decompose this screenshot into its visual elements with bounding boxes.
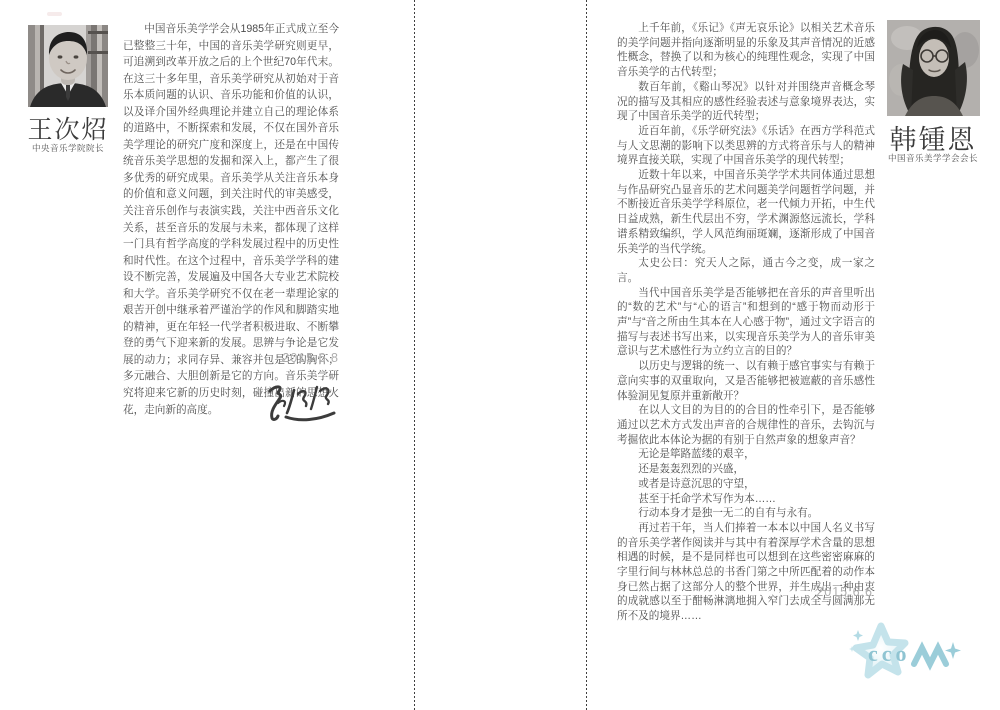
paragraph: 或者是诗意沉思的守望， — [617, 477, 875, 492]
watermark-letters: cco — [868, 641, 911, 666]
paragraph: 无论是筚路蓝缕的艰辛， — [617, 447, 875, 462]
paragraph: 行动本身才是独一无二的自有与永有。 — [617, 506, 875, 521]
paragraph: 再过若干年，当人们捧着一本本以中国人名义书写的音乐美学著作阅读并与其中有着深厚学… — [617, 521, 875, 624]
wang-cizhao-signature — [260, 378, 344, 428]
paragraph: 上千年前，《乐记》《声无哀乐论》以相关艺术音乐的美学问题并指向逐渐明显的乐象及其… — [617, 21, 875, 80]
crop-mark-line-left — [414, 0, 415, 710]
scan-artifact — [47, 12, 62, 16]
ccom-star-logo-icon: cco — [848, 620, 968, 688]
scanned-book-spread: { "document": { "left_page": { "author":… — [0, 0, 1000, 710]
paragraph: 近数十年以来，中国音乐美学学术共同体通过思想与作品研究凸显音乐的艺术问题美学问题… — [617, 168, 875, 256]
paragraph: 近百年前，《乐学研究法》《乐话》在西方学科范式与人文思潮的影响下以类思辨的方式将… — [617, 124, 875, 168]
paragraph: 当代中国音乐美学是否能够把在音乐的声音里听出的“数的艺术”与“心的语言”和想到的… — [617, 286, 875, 360]
crop-mark-line-right — [586, 0, 587, 710]
portrait-long-hair-glasses-icon — [887, 20, 980, 116]
paragraph: 甚至于托命学术写作为本…… — [617, 492, 875, 507]
paragraph: 在以人文目的为目的的合目的性牵引下，是否能够通过以艺术方式发出声音的合规律性的音… — [617, 403, 875, 447]
portrait-man-suit-icon — [28, 25, 108, 107]
paragraph: 太史公曰：究天人之际，通古今之变，成一家之言。 — [617, 256, 875, 285]
date-left: 2015.6.8 — [123, 351, 339, 365]
ccom-watermark: cco — [848, 620, 968, 688]
paragraph: 还是轰轰烈烈的兴盛， — [617, 462, 875, 477]
author-name-left: 王次炤 — [24, 110, 112, 146]
wang-cizhao-portrait-photo — [28, 25, 108, 107]
author-title-left: 中央音乐学院院长 — [18, 142, 118, 154]
author-title-right: 中国音乐美学学会会长 — [872, 152, 994, 164]
paragraph: 数百年前，《谿山琴况》以针对并围绕声音概念琴况的描写及其相应的感性经验表述与意象… — [617, 80, 875, 124]
paragraph: 以历史与逻辑的统一、以有赖于感官事实与有赖于意向实事的双重取向，又是否能够把被遮… — [617, 359, 875, 403]
han-zhongen-portrait-photo — [887, 20, 980, 116]
date-right: 2015.6.6 — [617, 585, 873, 599]
signature-icon — [260, 378, 344, 428]
preface-text-right: 上千年前，《乐记》《声无哀乐论》以相关艺术音乐的美学问题并指向逐渐明显的乐象及其… — [617, 21, 875, 624]
